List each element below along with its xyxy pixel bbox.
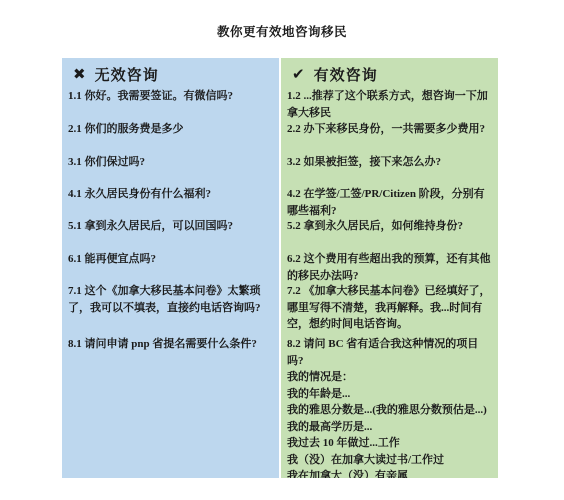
valid-column: ✔ 有效咨询 1.2 ...推荐了这个联系方式，想咨询一下加拿大移民 2.2 办… (281, 58, 498, 478)
invalid-item-7: 7.1 这个《加拿大移民基本问卷》太繁琐了，我可以不填表，直接约电话咨询吗? (62, 283, 279, 336)
invalid-item-3: 3.1 你们保过吗? (62, 154, 279, 186)
valid-item-7: 7.2 《加拿大移民基本问卷》已经填好了，哪里写得不清楚，我再解释。我...时间… (281, 283, 498, 336)
invalid-item-4: 4.1 永久居民身份有什么福利? (62, 186, 279, 218)
check-icon: ✔ (292, 67, 305, 82)
invalid-item-6: 6.1 能再便宜点吗? (62, 251, 279, 283)
comparison-table: ✖ 无效咨询 1.1 你好。我需要签证。有微信吗? 2.1 你们的服务费是多少 … (62, 58, 498, 478)
valid-header: ✔ 有效咨询 (281, 58, 498, 88)
invalid-header-label: 无效咨询 (95, 64, 159, 85)
invalid-item-1: 1.1 你好。我需要签证。有微信吗? (62, 88, 279, 121)
valid-item-8: 8.2 请问 BC 省有适合我这种情况的项目吗? 我的情况是： 我的年龄是...… (281, 336, 498, 478)
valid-item-4: 4.2 在学签/工签/PR/Citizen 阶段，分别有哪些福利? (281, 186, 498, 218)
invalid-item-5: 5.1 拿到永久居民后，可以回国吗? (62, 218, 279, 251)
invalid-header: ✖ 无效咨询 (62, 58, 279, 88)
valid-item-2: 2.2 办下来移民身份，一共需要多少费用? (281, 121, 498, 154)
invalid-item-2: 2.1 你们的服务费是多少 (62, 121, 279, 154)
valid-item-6: 6.2 这个费用有些超出我的预算，还有其他的移民办法吗? (281, 251, 498, 283)
valid-item-3: 3.2 如果被拒签，接下来怎么办? (281, 154, 498, 186)
valid-header-label: 有效咨询 (314, 64, 378, 85)
x-icon: ✖ (73, 67, 86, 82)
invalid-item-8: 8.1 请问申请 pnp 省提名需要什么条件? (62, 336, 279, 478)
valid-item-1: 1.2 ...推荐了这个联系方式，想咨询一下加拿大移民 (281, 88, 498, 121)
valid-item-5: 5.2 拿到永久居民后，如何维持身份? (281, 218, 498, 251)
page-title: 教你更有效地咨询移民 (0, 22, 564, 40)
invalid-column: ✖ 无效咨询 1.1 你好。我需要签证。有微信吗? 2.1 你们的服务费是多少 … (62, 58, 279, 478)
